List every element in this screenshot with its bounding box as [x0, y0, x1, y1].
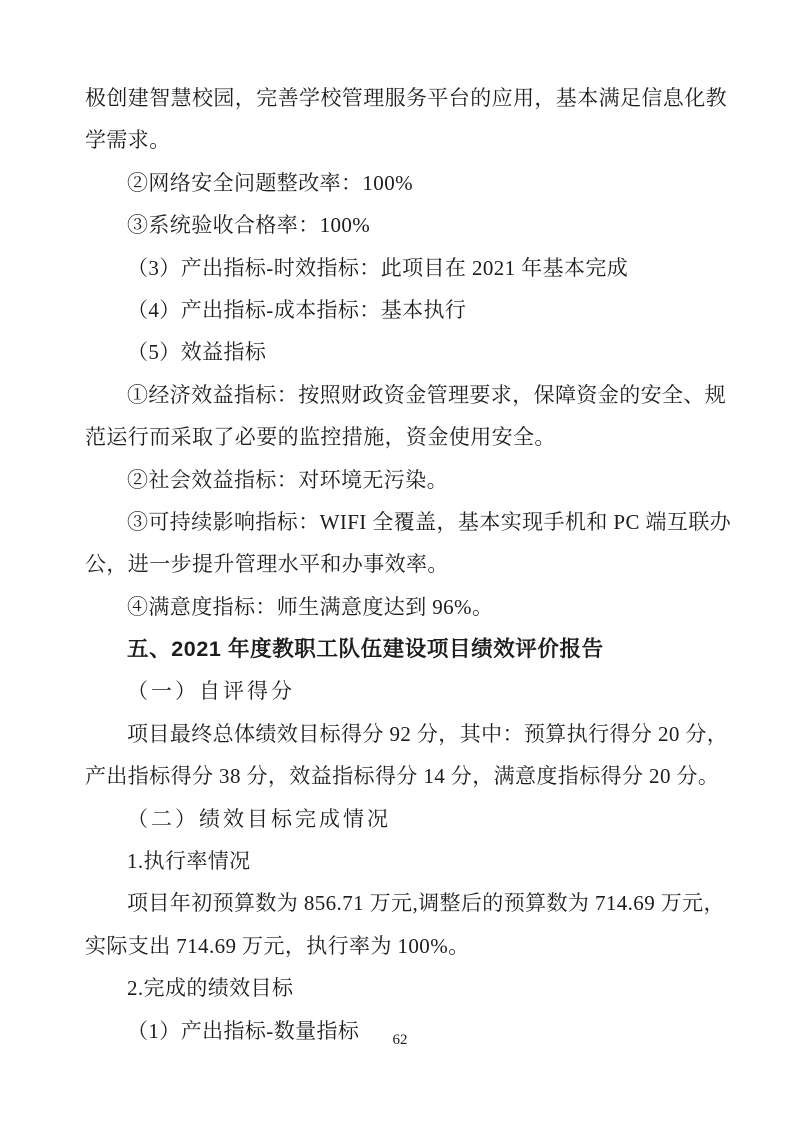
text-line: ③可持续影响指标：WIFI 全覆盖，基本实现手机和 PC 端互联办	[85, 501, 719, 543]
text-line: 产出指标得分 38 分，效益指标得分 14 分，满意度指标得分 20 分。	[85, 755, 719, 797]
text-line: （4）产出指标-成本指标：基本执行	[85, 289, 719, 331]
text-line: ③系统验收合格率：100%	[85, 204, 719, 246]
text-line: 公，进一步提升管理水平和办事效率。	[85, 543, 719, 585]
text-line: （5）效益指标	[85, 331, 719, 373]
numbered-item: 2.完成的绩效目标	[85, 967, 719, 1009]
text-line: （3）产出指标-时效指标：此项目在 2021 年基本完成	[85, 247, 719, 289]
subsection-heading: （一）自评得分	[85, 670, 719, 712]
text-line: ④满意度指标：师生满意度达到 96%。	[85, 586, 719, 628]
text-line: 极创建智慧校园，完善学校管理服务平台的应用，基本满足信息化教	[85, 77, 719, 119]
text-line: 范运行而采取了必要的监控措施，资金使用安全。	[85, 416, 719, 458]
document-page: 极创建智慧校园，完善学校管理服务平台的应用，基本满足信息化教 学需求。 ②网络安…	[0, 0, 800, 1131]
text-line: 项目年初预算数为 856.71 万元,调整后的预算数为 714.69 万元，	[85, 882, 719, 924]
numbered-item: 1.执行率情况	[85, 840, 719, 882]
section-heading: 五、2021 年度教职工队伍建设项目绩效评价报告	[85, 628, 719, 670]
text-line: ②网络安全问题整改率：100%	[85, 162, 719, 204]
text-line: 学需求。	[85, 119, 719, 161]
text-line: 项目最终总体绩效目标得分 92 分，其中：预算执行得分 20 分，	[85, 713, 719, 755]
text-line: ①经济效益指标：按照财政资金管理要求，保障资金的安全、规	[85, 374, 719, 416]
page-number: 62	[0, 1030, 800, 1050]
subsection-heading: （二）绩效目标完成情况	[85, 798, 719, 840]
text-line: ②社会效益指标：对环境无污染。	[85, 459, 719, 501]
text-block: 极创建智慧校园，完善学校管理服务平台的应用，基本满足信息化教 学需求。 ②网络安…	[85, 77, 719, 1052]
text-line: 实际支出 714.69 万元，执行率为 100%。	[85, 925, 719, 967]
